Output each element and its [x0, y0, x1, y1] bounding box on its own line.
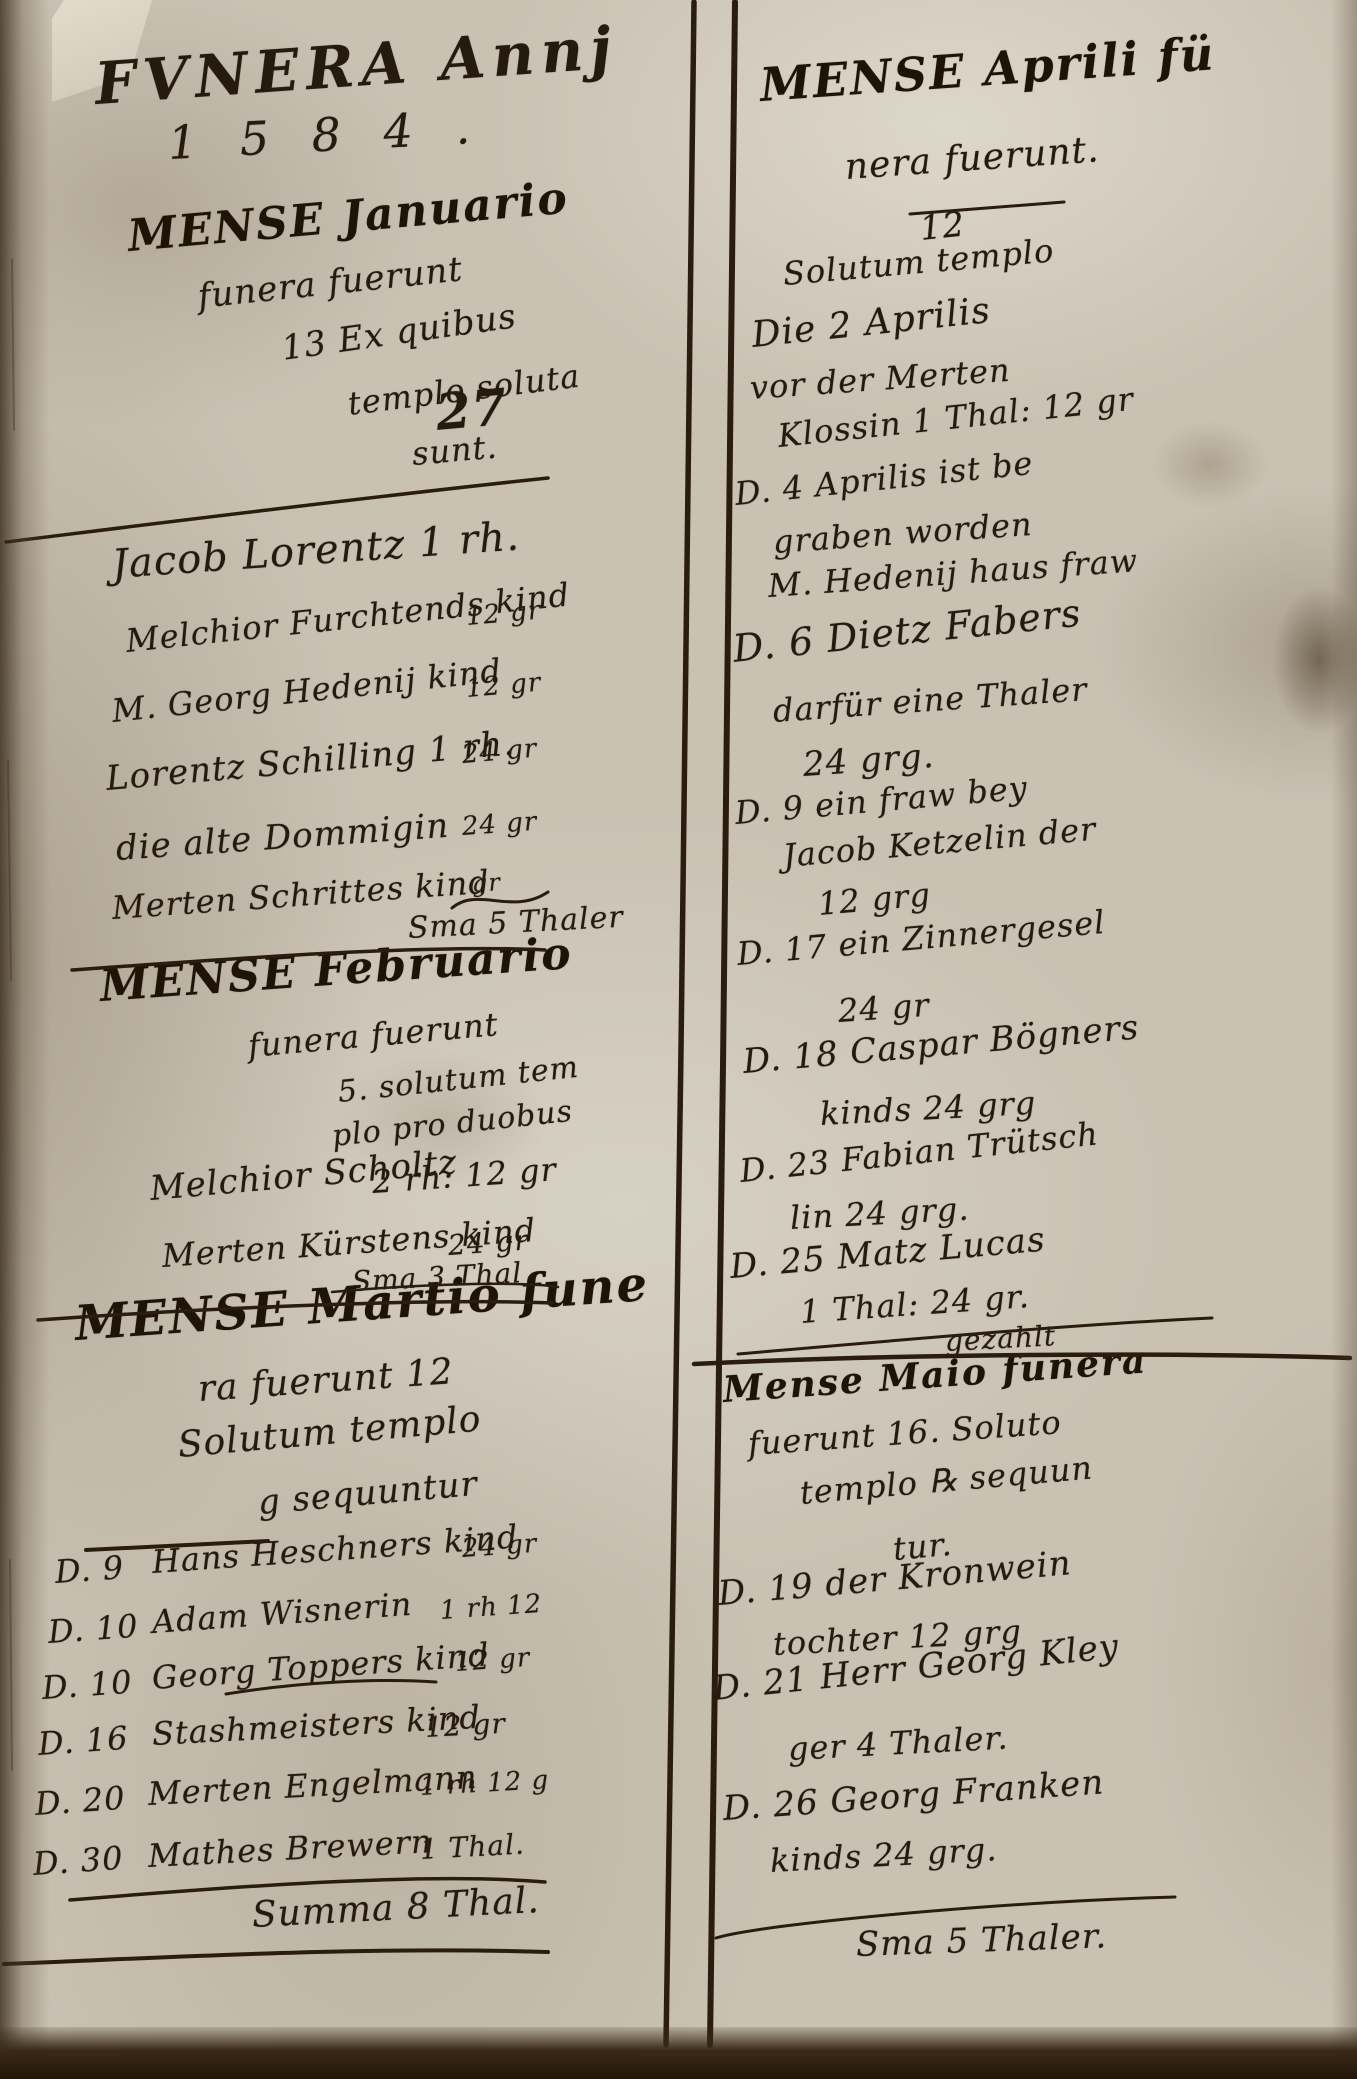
bottom-rule-left: [4, 1950, 548, 1964]
ledger-entry-amount: 1 rh 12 g: [419, 1767, 549, 1800]
paper-stain: [1150, 420, 1270, 510]
register-line: 24 gr: [837, 989, 931, 1027]
april-header-line: nera fuerunt.: [844, 132, 1101, 186]
register-line: Die 2 Aprilis: [750, 293, 992, 354]
ledger-entry-day: D. 9: [54, 1551, 125, 1588]
ledger-entry-day: D. 16: [37, 1722, 130, 1760]
register-line: D. 18 Caspar Bögners: [742, 1010, 1141, 1079]
column-divider-line: [710, 2, 735, 2045]
month-heading-may: Mense Maio funera: [722, 1342, 1149, 1408]
march-header-line: g sequuntur: [257, 1467, 480, 1520]
ledger-entry-name: Lorentz Schilling 1 rh.: [105, 726, 517, 796]
march-header-line: Solutum templo: [176, 1402, 482, 1464]
register-line: 24 grg.: [802, 739, 936, 782]
column-divider-line: [666, 2, 694, 2045]
ledger-entry-amount: gr: [471, 870, 501, 896]
month-heading-february: MENSE Februario: [98, 932, 574, 1009]
ledger-entry-amount: 12 gr: [465, 597, 542, 629]
march-header-line: ra fuerunt 12: [197, 1354, 455, 1408]
february-header-line: funera fuerunt: [247, 1008, 500, 1062]
ledger-entry-amount: 1 Thal.: [419, 1831, 525, 1864]
ledger-entry-day: D. 10: [41, 1666, 134, 1704]
register-title: FVNERA Annj: [93, 19, 620, 113]
ledger-entry-amount: 12 gr: [454, 1645, 531, 1676]
register-line: D. 26 Georg Franken: [722, 1765, 1105, 1826]
register-line: D. 23 Fabian Trütsch: [738, 1117, 1100, 1187]
ledger-entry-name: die alte Dommigin: [115, 809, 450, 866]
ledger-entry-name: Georg Toppers kind: [151, 1638, 491, 1694]
register-line: D. 17 ein Zinnergesel: [736, 906, 1107, 970]
manuscript-page: FVNERA Annj 1 5 8 4 . MENSE Januario fun…: [0, 0, 1357, 2079]
month-heading-april: MENSE Aprili fü: [758, 30, 1216, 108]
january-header-line: funera fuerunt: [196, 252, 464, 314]
ledger-entry-amount: 24 gr: [447, 1226, 530, 1260]
book-spine-shadow: [0, 0, 50, 2079]
ledger-entry-name: M. Georg Hedenij kind: [110, 654, 503, 727]
register-line: kinds 24 grg.: [769, 1833, 998, 1877]
january-header-line: 13 Ex quibus: [280, 299, 519, 366]
ledger-entry-name: Adam Wisnerin: [151, 1588, 413, 1638]
month-heading-january: MENSE Januario: [126, 177, 570, 259]
month-sum-line: Summa 8 Thal.: [251, 1883, 540, 1934]
may-header-line: templo ℞ sequun: [799, 1451, 1094, 1508]
register-line: 12 grg: [817, 878, 933, 920]
ledger-entry-name: Mathes Brewern: [147, 1825, 433, 1872]
register-year: 1 5 8 4 .: [167, 103, 485, 165]
month-sum-line: Sma 5 Thaler.: [855, 1919, 1107, 1962]
ledger-entry-day: D. 10: [47, 1610, 140, 1648]
register-line: 1 Thal: 24 gr.: [799, 1280, 1031, 1328]
april-header-line: Solutum templo: [782, 234, 1056, 290]
ledger-entry-name: Jacob Lorentz 1 rh.: [111, 517, 521, 585]
page-edge-shadow: [1331, 0, 1357, 2079]
ledger-entry-amount: 1 rh 12: [439, 1591, 543, 1624]
ledger-entry-amount: 12 gr: [424, 1710, 506, 1742]
ledger-entry-amount: 24 gr: [461, 809, 538, 840]
register-line: D. 4 Aprilis ist be: [733, 447, 1034, 510]
ledger-entry-amount: 24 gr: [461, 735, 538, 767]
ledger-entry-amount: 24 gr: [461, 1531, 538, 1562]
may-header-line: fuerunt 16. Soluto: [747, 1406, 1063, 1460]
ledger-entry-amount: 27: [434, 382, 510, 438]
table-surface-band: [0, 2027, 1357, 2079]
register-line: D. 6 Dietz Fabers: [731, 594, 1083, 668]
ledger-entry-amount: 12 gr: [465, 669, 542, 701]
register-line: ger 4 Thaler.: [787, 1721, 1009, 1765]
register-line: darfür eine Thaler: [772, 673, 1089, 727]
